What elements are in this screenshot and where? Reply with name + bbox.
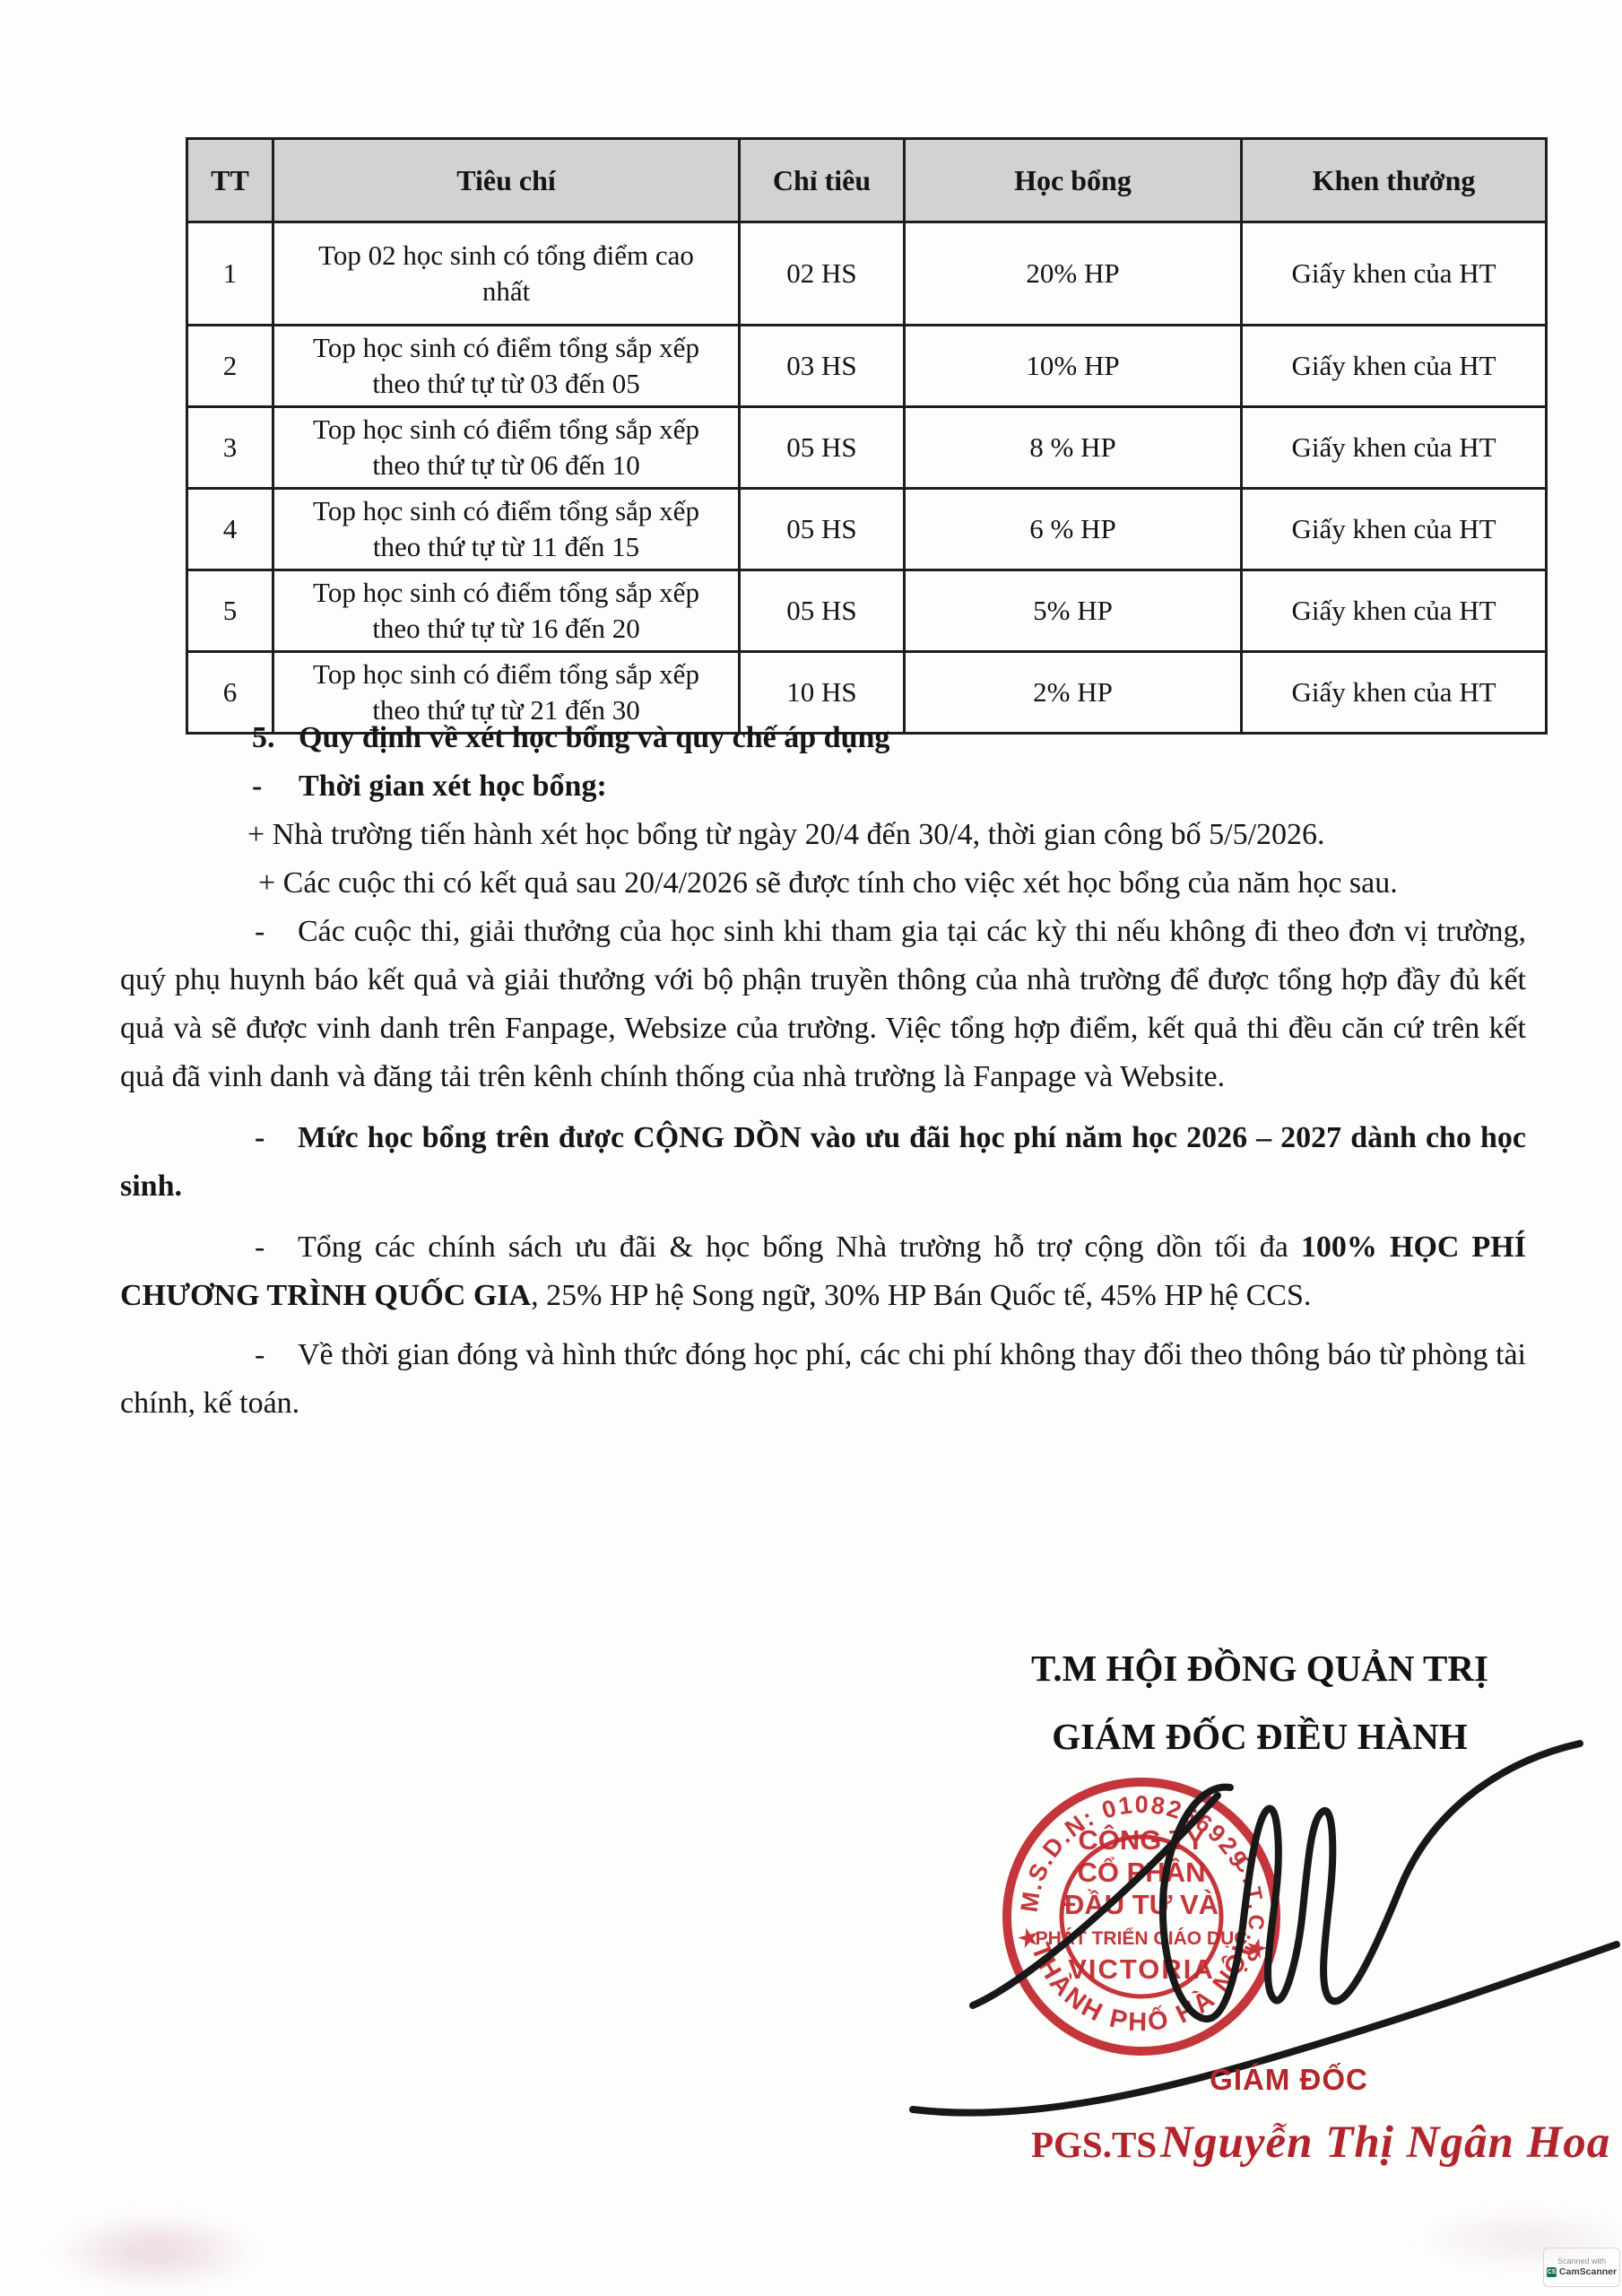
table-header-row: TT Tiêu chí Chỉ tiêu Học bổng Khen thưởn…	[187, 139, 1547, 222]
paragraph-total-policy: -Tổng các chính sách ưu đãi & học bổng N…	[120, 1223, 1526, 1320]
cell-tieu-chi: Top học sinh có điểm tổng sắp xếp theo t…	[273, 407, 740, 489]
director-name-line: PGS.TS Nguyễn Thị Ngân Hoa	[1031, 2117, 1569, 2169]
section-title: Quy định về xét học bổng và quy chế áp d…	[299, 721, 889, 754]
cell-chi-tieu: 05 HS	[740, 570, 905, 652]
paragraph-text: Về thời gian đóng và hình thức đóng học …	[120, 1338, 1526, 1420]
cell-tt: 2	[187, 326, 273, 407]
paragraph-text: Các cuộc thi, giải thưởng của học sinh k…	[120, 915, 1526, 1093]
paragraph-contests: -Các cuộc thi, giải thưởng của học sinh …	[120, 908, 1526, 1101]
stamp-line-dau-tu-va: ĐẦU TƯ VÀ	[1064, 1889, 1219, 1920]
table-row: 5 Top học sinh có điểm tổng sắp xếp theo…	[187, 570, 1547, 652]
director-degree: PGS.TS	[1031, 2124, 1157, 2165]
cell-khen-thuong: Giấy khen của HT	[1242, 570, 1547, 652]
paragraph-payment: -Về thời gian đóng và hình thức đóng học…	[120, 1331, 1526, 1428]
cell-hoc-bong: 8 % HP	[905, 407, 1242, 489]
cell-khen-thuong: Giấy khen của HT	[1242, 222, 1547, 326]
stamp-texts: M.S.D.N: 0108266929 C.T.C.P THÀNH PHỐ HÀ…	[1015, 1791, 1271, 2037]
table-row: 1 Top 02 học sinh có tổng điểm cao nhất …	[187, 222, 1547, 326]
cell-khen-thuong: Giấy khen của HT	[1242, 407, 1547, 489]
dash-marker: -	[252, 762, 299, 811]
dash-marker: -	[255, 1114, 298, 1162]
header-khen-thuong: Khen thưởng	[1242, 139, 1547, 222]
cell-tieu-chi: Top 02 học sinh có tổng điểm cao nhất	[273, 222, 740, 326]
table-row: 4 Top học sinh có điểm tổng sắp xếp theo…	[187, 489, 1547, 570]
table-row: 2 Top học sinh có điểm tổng sắp xếp theo…	[187, 326, 1547, 407]
cell-tieu-chi: Top học sinh có điểm tổng sắp xếp theo t…	[273, 326, 740, 407]
scholarship-table: TT Tiêu chí Chỉ tiêu Học bổng Khen thưởn…	[186, 137, 1548, 735]
cell-khen-thuong: Giấy khen của HT	[1242, 489, 1547, 570]
cell-chi-tieu: 02 HS	[740, 222, 905, 326]
cell-chi-tieu: 03 HS	[740, 326, 905, 407]
header-tt: TT	[187, 139, 273, 222]
section-number: 5.	[252, 714, 299, 762]
plus-line-1: + Nhà trường tiến hành xét học bổng từ n…	[120, 811, 1526, 859]
plus-line-2: + Các cuộc thi có kết quả sau 20/4/2026 …	[120, 859, 1526, 908]
paragraph-text-before: Tổng các chính sách ưu đãi & học bổng Nh…	[298, 1231, 1301, 1264]
header-chi-tieu: Chỉ tiêu	[740, 139, 905, 222]
table-row: 3 Top học sinh có điểm tổng sắp xếp theo…	[187, 407, 1547, 489]
sub-heading-text: Thời gian xét học bổng:	[299, 770, 607, 803]
cell-tt: 5	[187, 570, 273, 652]
dash-marker: -	[255, 1331, 298, 1379]
sub-heading: -Thời gian xét học bổng:	[120, 762, 1526, 811]
dash-marker: -	[255, 908, 298, 956]
header-tieu-chi: Tiêu chí	[273, 139, 740, 222]
paragraph-text: Mức học bổng trên được CỘNG DỒN vào ưu đ…	[120, 1121, 1526, 1203]
board-title: T.M HỘI ĐỒNG QUẢN TRỊ	[941, 1634, 1578, 1702]
cell-tt: 4	[187, 489, 273, 570]
cell-chi-tieu: 05 HS	[740, 489, 905, 570]
cell-hoc-bong: 10% HP	[905, 326, 1242, 407]
scanned-document-page: TT Tiêu chí Chỉ tiêu Học bổng Khen thưởn…	[0, 0, 1622, 2296]
section-heading: 5.Quy định về xét học bổng và quy chế áp…	[120, 714, 1526, 762]
scan-smudge	[49, 2213, 260, 2290]
cell-hoc-bong: 5% HP	[905, 570, 1242, 652]
cell-tt: 1	[187, 222, 273, 326]
document-body: 5.Quy định về xét học bổng và quy chế áp…	[120, 714, 1526, 1428]
cell-hoc-bong: 6 % HP	[905, 489, 1242, 570]
cell-tieu-chi: Top học sinh có điểm tổng sắp xếp theo t…	[273, 570, 740, 652]
cell-tt: 3	[187, 407, 273, 489]
director-role-red: GIÁM ĐỐC	[1193, 2063, 1385, 2097]
paragraph-cong-don: -Mức học bổng trên được CỘNG DỒN vào ưu …	[120, 1114, 1526, 1211]
director-name: Nguyễn Thị Ngân Hoa	[1160, 2118, 1610, 2168]
cell-khen-thuong: Giấy khen của HT	[1242, 326, 1547, 407]
scan-smudge	[1412, 2208, 1622, 2271]
header-hoc-bong: Học bổng	[905, 139, 1242, 222]
cell-chi-tieu: 05 HS	[740, 407, 905, 489]
stamp-line-victoria: VICTORIA	[1068, 1953, 1215, 1985]
dash-marker: -	[255, 1223, 298, 1272]
paragraph-text-after: , 25% HP hệ Song ngữ, 30% HP Bán Quốc tế…	[531, 1279, 1311, 1312]
cell-hoc-bong: 20% HP	[905, 222, 1242, 326]
cell-tieu-chi: Top học sinh có điểm tổng sắp xếp theo t…	[273, 489, 740, 570]
